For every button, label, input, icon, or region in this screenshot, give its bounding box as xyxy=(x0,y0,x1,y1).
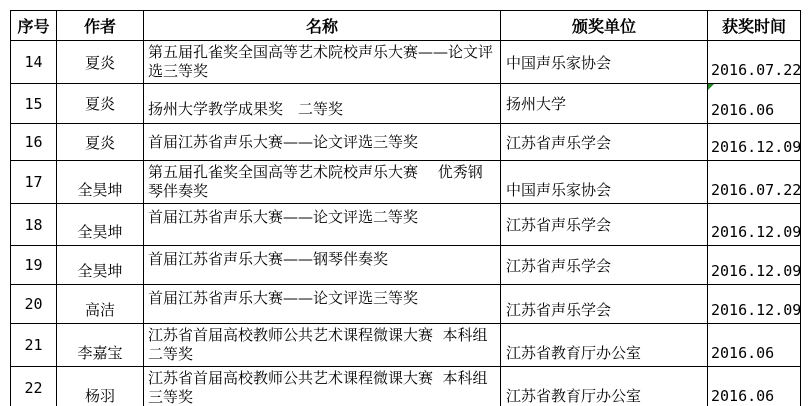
cell-award-date[interactable]: 2016.07.22 xyxy=(708,161,801,204)
cell-award-title[interactable]: 江苏省首届高校教师公共艺术课程微课大赛 本科组二等奖 xyxy=(144,324,501,367)
table-row: 16 夏炎 首届江苏省声乐大赛——论文评选三等奖 江苏省声乐学会 2016.12… xyxy=(11,124,801,161)
cell-seq[interactable]: 16 xyxy=(11,124,57,161)
header-row: 序号 作者 名称 颁奖单位 获奖时间 xyxy=(11,11,801,41)
cell-awarding-unit[interactable]: 江苏省教育厅办公室 xyxy=(501,367,708,406)
cell-award-title[interactable]: 首届江苏省声乐大赛——钢琴伴奏奖 xyxy=(144,246,501,285)
cell-author[interactable]: 杨羽 xyxy=(57,367,144,406)
cell-awarding-unit[interactable]: 江苏省声乐学会 xyxy=(501,124,708,161)
cell-award-date-text: 2016.06 xyxy=(711,101,774,119)
cell-award-date[interactable]: 2016.12.09 xyxy=(708,204,801,246)
cell-author[interactable]: 全昊坤 xyxy=(57,161,144,204)
cell-award-title[interactable]: 江苏省首届高校教师公共艺术课程微课大赛 本科组三等奖 xyxy=(144,367,501,406)
cell-author[interactable]: 夏炎 xyxy=(57,124,144,161)
cell-awarding-unit[interactable]: 江苏省教育厅办公室 xyxy=(501,324,708,367)
cell-award-date[interactable]: 2016.07.22 xyxy=(708,41,801,84)
cell-author[interactable]: 夏炎 xyxy=(57,41,144,84)
cell-seq[interactable]: 21 xyxy=(11,324,57,367)
cell-awarding-unit[interactable]: 江苏省声乐学会 xyxy=(501,246,708,285)
cell-award-title[interactable]: 首届江苏省声乐大赛——论文评选三等奖 xyxy=(144,124,501,161)
cell-award-date[interactable]: 2016.12.09 xyxy=(708,246,801,285)
cell-seq[interactable]: 19 xyxy=(11,246,57,285)
table-row: 18 全昊坤 首届江苏省声乐大赛——论文评选二等奖 江苏省声乐学会 2016.1… xyxy=(11,204,801,246)
awards-table: 序号 作者 名称 颁奖单位 获奖时间 14 夏炎 第五届孔雀奖全国高等艺术院校声… xyxy=(10,10,801,406)
cell-awarding-unit[interactable]: 江苏省声乐学会 xyxy=(501,204,708,246)
cell-seq[interactable]: 18 xyxy=(11,204,57,246)
cell-seq[interactable]: 15 xyxy=(11,84,57,124)
cell-author[interactable]: 全昊坤 xyxy=(57,204,144,246)
table-row: 21 李嘉宝 江苏省首届高校教师公共艺术课程微课大赛 本科组二等奖 江苏省教育厅… xyxy=(11,324,801,367)
table-row: 20 高洁 首届江苏省声乐大赛——论文评选三等奖 江苏省声乐学会 2016.12… xyxy=(11,285,801,324)
column-header-date[interactable]: 获奖时间 xyxy=(708,11,801,41)
cell-awarding-unit[interactable]: 江苏省声乐学会 xyxy=(501,285,708,324)
cell-author[interactable]: 全昊坤 xyxy=(57,246,144,285)
document-page: 序号 作者 名称 颁奖单位 获奖时间 14 夏炎 第五届孔雀奖全国高等艺术院校声… xyxy=(0,0,808,406)
table-row: 15 夏炎 扬州大学教学成果奖 二等奖 扬州大学 2016.06 xyxy=(11,84,801,124)
error-indicator-triangle-icon xyxy=(708,84,714,90)
cell-award-title[interactable]: 第五届孔雀奖全国高等艺术院校声乐大赛 优秀钢琴伴奏奖 xyxy=(144,161,501,204)
table-row: 19 全昊坤 首届江苏省声乐大赛——钢琴伴奏奖 江苏省声乐学会 2016.12.… xyxy=(11,246,801,285)
cell-award-date[interactable]: 2016.12.09 xyxy=(708,285,801,324)
cell-awarding-unit[interactable]: 扬州大学 xyxy=(501,84,708,124)
cell-award-date[interactable]: 2016.06 xyxy=(708,324,801,367)
cell-awarding-unit[interactable]: 中国声乐家协会 xyxy=(501,161,708,204)
table-row: 14 夏炎 第五届孔雀奖全国高等艺术院校声乐大赛——论文评选三等奖 中国声乐家协… xyxy=(11,41,801,84)
cell-author[interactable]: 夏炎 xyxy=(57,84,144,124)
cell-seq[interactable]: 22 xyxy=(11,367,57,406)
column-header-title[interactable]: 名称 xyxy=(144,11,501,41)
cell-seq[interactable]: 17 xyxy=(11,161,57,204)
cell-seq[interactable]: 20 xyxy=(11,285,57,324)
cell-seq[interactable]: 14 xyxy=(11,41,57,84)
cell-award-title[interactable]: 第五届孔雀奖全国高等艺术院校声乐大赛——论文评选三等奖 xyxy=(144,41,501,84)
table-row: 22 杨羽 江苏省首届高校教师公共艺术课程微课大赛 本科组三等奖 江苏省教育厅办… xyxy=(11,367,801,406)
cell-award-title[interactable]: 扬州大学教学成果奖 二等奖 xyxy=(144,84,501,124)
cell-award-date[interactable]: 2016.12.09 xyxy=(708,124,801,161)
cell-award-date[interactable]: 2016.06 xyxy=(708,367,801,406)
cell-author[interactable]: 李嘉宝 xyxy=(57,324,144,367)
cell-award-title[interactable]: 首届江苏省声乐大赛——论文评选三等奖 xyxy=(144,285,501,324)
cell-award-date[interactable]: 2016.06 xyxy=(708,84,801,124)
column-header-unit[interactable]: 颁奖单位 xyxy=(501,11,708,41)
cell-award-title[interactable]: 首届江苏省声乐大赛——论文评选二等奖 xyxy=(144,204,501,246)
column-header-author[interactable]: 作者 xyxy=(57,11,144,41)
table-row: 17 全昊坤 第五届孔雀奖全国高等艺术院校声乐大赛 优秀钢琴伴奏奖 中国声乐家协… xyxy=(11,161,801,204)
cell-awarding-unit[interactable]: 中国声乐家协会 xyxy=(501,41,708,84)
column-header-seq[interactable]: 序号 xyxy=(11,11,57,41)
cell-author[interactable]: 高洁 xyxy=(57,285,144,324)
